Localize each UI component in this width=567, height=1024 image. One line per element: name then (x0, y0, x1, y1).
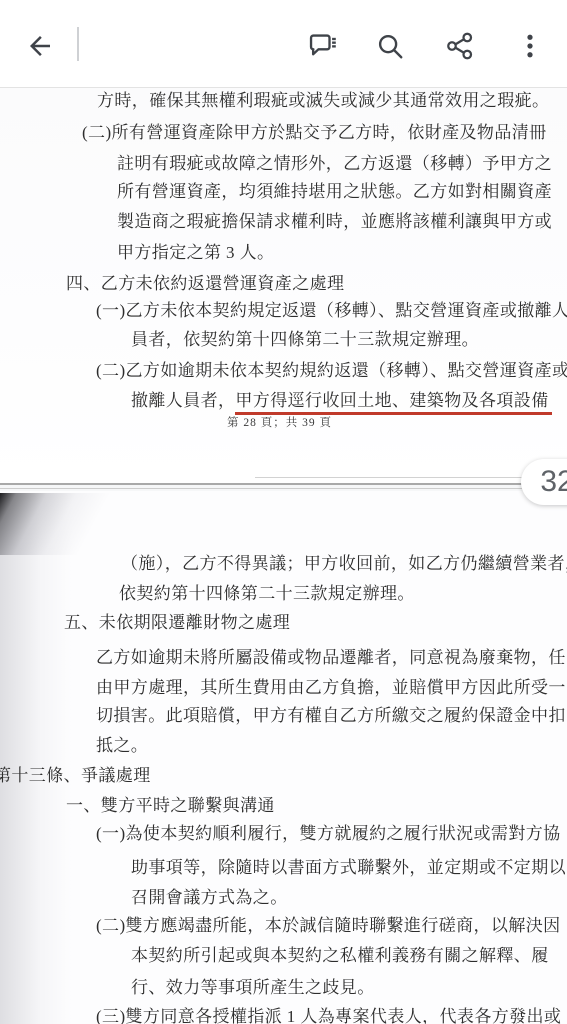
document-line: (二)乙方如逾期未依本契約規約返還（移轉）、點交營運資產或 (96, 360, 567, 382)
page-footer: 第 28 頁；共 39 頁 (227, 414, 332, 430)
back-icon (25, 31, 55, 61)
clause-prefix: 撤離人員者， (131, 391, 235, 410)
more-options-icon (515, 31, 545, 61)
document-line: 所有營運資產，均須維持堪用之狀態。乙方如對相關資產 (117, 181, 552, 203)
document-line: 行、效力等事項所產生之歧見。 (131, 977, 375, 999)
document-line: 助事項等，除隨時以書面方式聯繫外，並定期或不定期以 (131, 857, 566, 879)
scan-corner-shadow (0, 493, 135, 555)
search-icon (375, 31, 405, 61)
share-button[interactable] (438, 24, 482, 68)
document-line: 依契約第十四條第二十三款規定辦理。 (119, 583, 415, 605)
document-line: (一)乙方未依本契約規定返還（移轉）、點交營運資產或撤離人 (96, 300, 567, 322)
document-line: 召開會議方式為之。 (131, 887, 288, 909)
document-line: 由甲方處理，其所生費用由乙方負擔，並賠償甲方因此所受一 (96, 677, 566, 699)
document-line: (三)雙方同意各授權指派 1 人為專案代表人，代表各方發出或 (96, 1006, 561, 1024)
page-break-line (255, 477, 567, 478)
document-line: 抵之。 (96, 735, 148, 757)
page-break-line (0, 488, 567, 489)
comment-button[interactable] (300, 24, 344, 68)
document-viewer[interactable]: 方時，確保其無權利瑕疵或滅失或減少其通常效用之瑕疵。 (二)所有營運資產除甲方於… (0, 0, 567, 1024)
document-line: 方時，確保其無權利瑕疵或滅失或減少其通常效用之瑕疵。 (97, 90, 549, 112)
toolbar (0, 0, 567, 88)
section-heading: 一、雙方平時之聯繫與溝通 (66, 795, 275, 817)
section-heading: 第十三條、爭議處理 (0, 765, 151, 787)
document-line: 切損害。此項賠償，甲方有權自乙方所繳交之履約保證金中扣 (96, 705, 566, 727)
document-line: 甲方指定之第 3 人。 (117, 242, 274, 264)
document-line: 撤離人員者，甲方得逕行收回土地、建築物及各項設備 (131, 390, 552, 412)
title-text-cursor (77, 27, 79, 61)
share-icon (445, 31, 475, 61)
document-line: (二)雙方應竭盡所能，本於誠信隨時聯繫進行磋商，以解決因 (96, 915, 561, 937)
document-line: 本契約所引起或與本契約之私權利義務有關之解釋、履 (131, 945, 549, 967)
document-line: 乙方如逾期未將所屬設備或物品遷離者，同意視為廢棄物，任 (96, 647, 566, 669)
more-options-button[interactable] (508, 24, 552, 68)
document-line: （施），乙方不得異議；甲方收回前，如乙方仍繼續營業者， (121, 553, 567, 575)
section-heading: 四、乙方未依約返還營運資產之處理 (66, 273, 344, 295)
document-line: 員者，依契約第十四條第二十三款規定辦理。 (131, 329, 479, 351)
document-line: 註明有瑕疵或故障之情形外，乙方返還（移轉）予甲方之 (117, 153, 552, 175)
document-line: (一)為使本契約順利履行，雙方就履約之履行狀況或需對方協 (96, 823, 561, 845)
comment-icon (306, 30, 338, 62)
page-number-badge[interactable]: 32 (521, 459, 567, 505)
document-line: 製造商之瑕疵擔保請求權利時，並應將該權利讓與甲方或 (117, 211, 552, 233)
search-button[interactable] (368, 24, 412, 68)
scan-edge-shadow (0, 493, 72, 1024)
page-break-line (0, 483, 567, 485)
document-line: (二)所有營運資產除甲方於點交予乙方時，依財產及物品清冊 (82, 122, 547, 144)
back-button[interactable] (18, 24, 62, 68)
section-heading: 五、未依期限遷離財物之處理 (64, 612, 290, 634)
highlighted-clause: 甲方得逕行收回土地、建築物及各項設備 (235, 391, 551, 415)
